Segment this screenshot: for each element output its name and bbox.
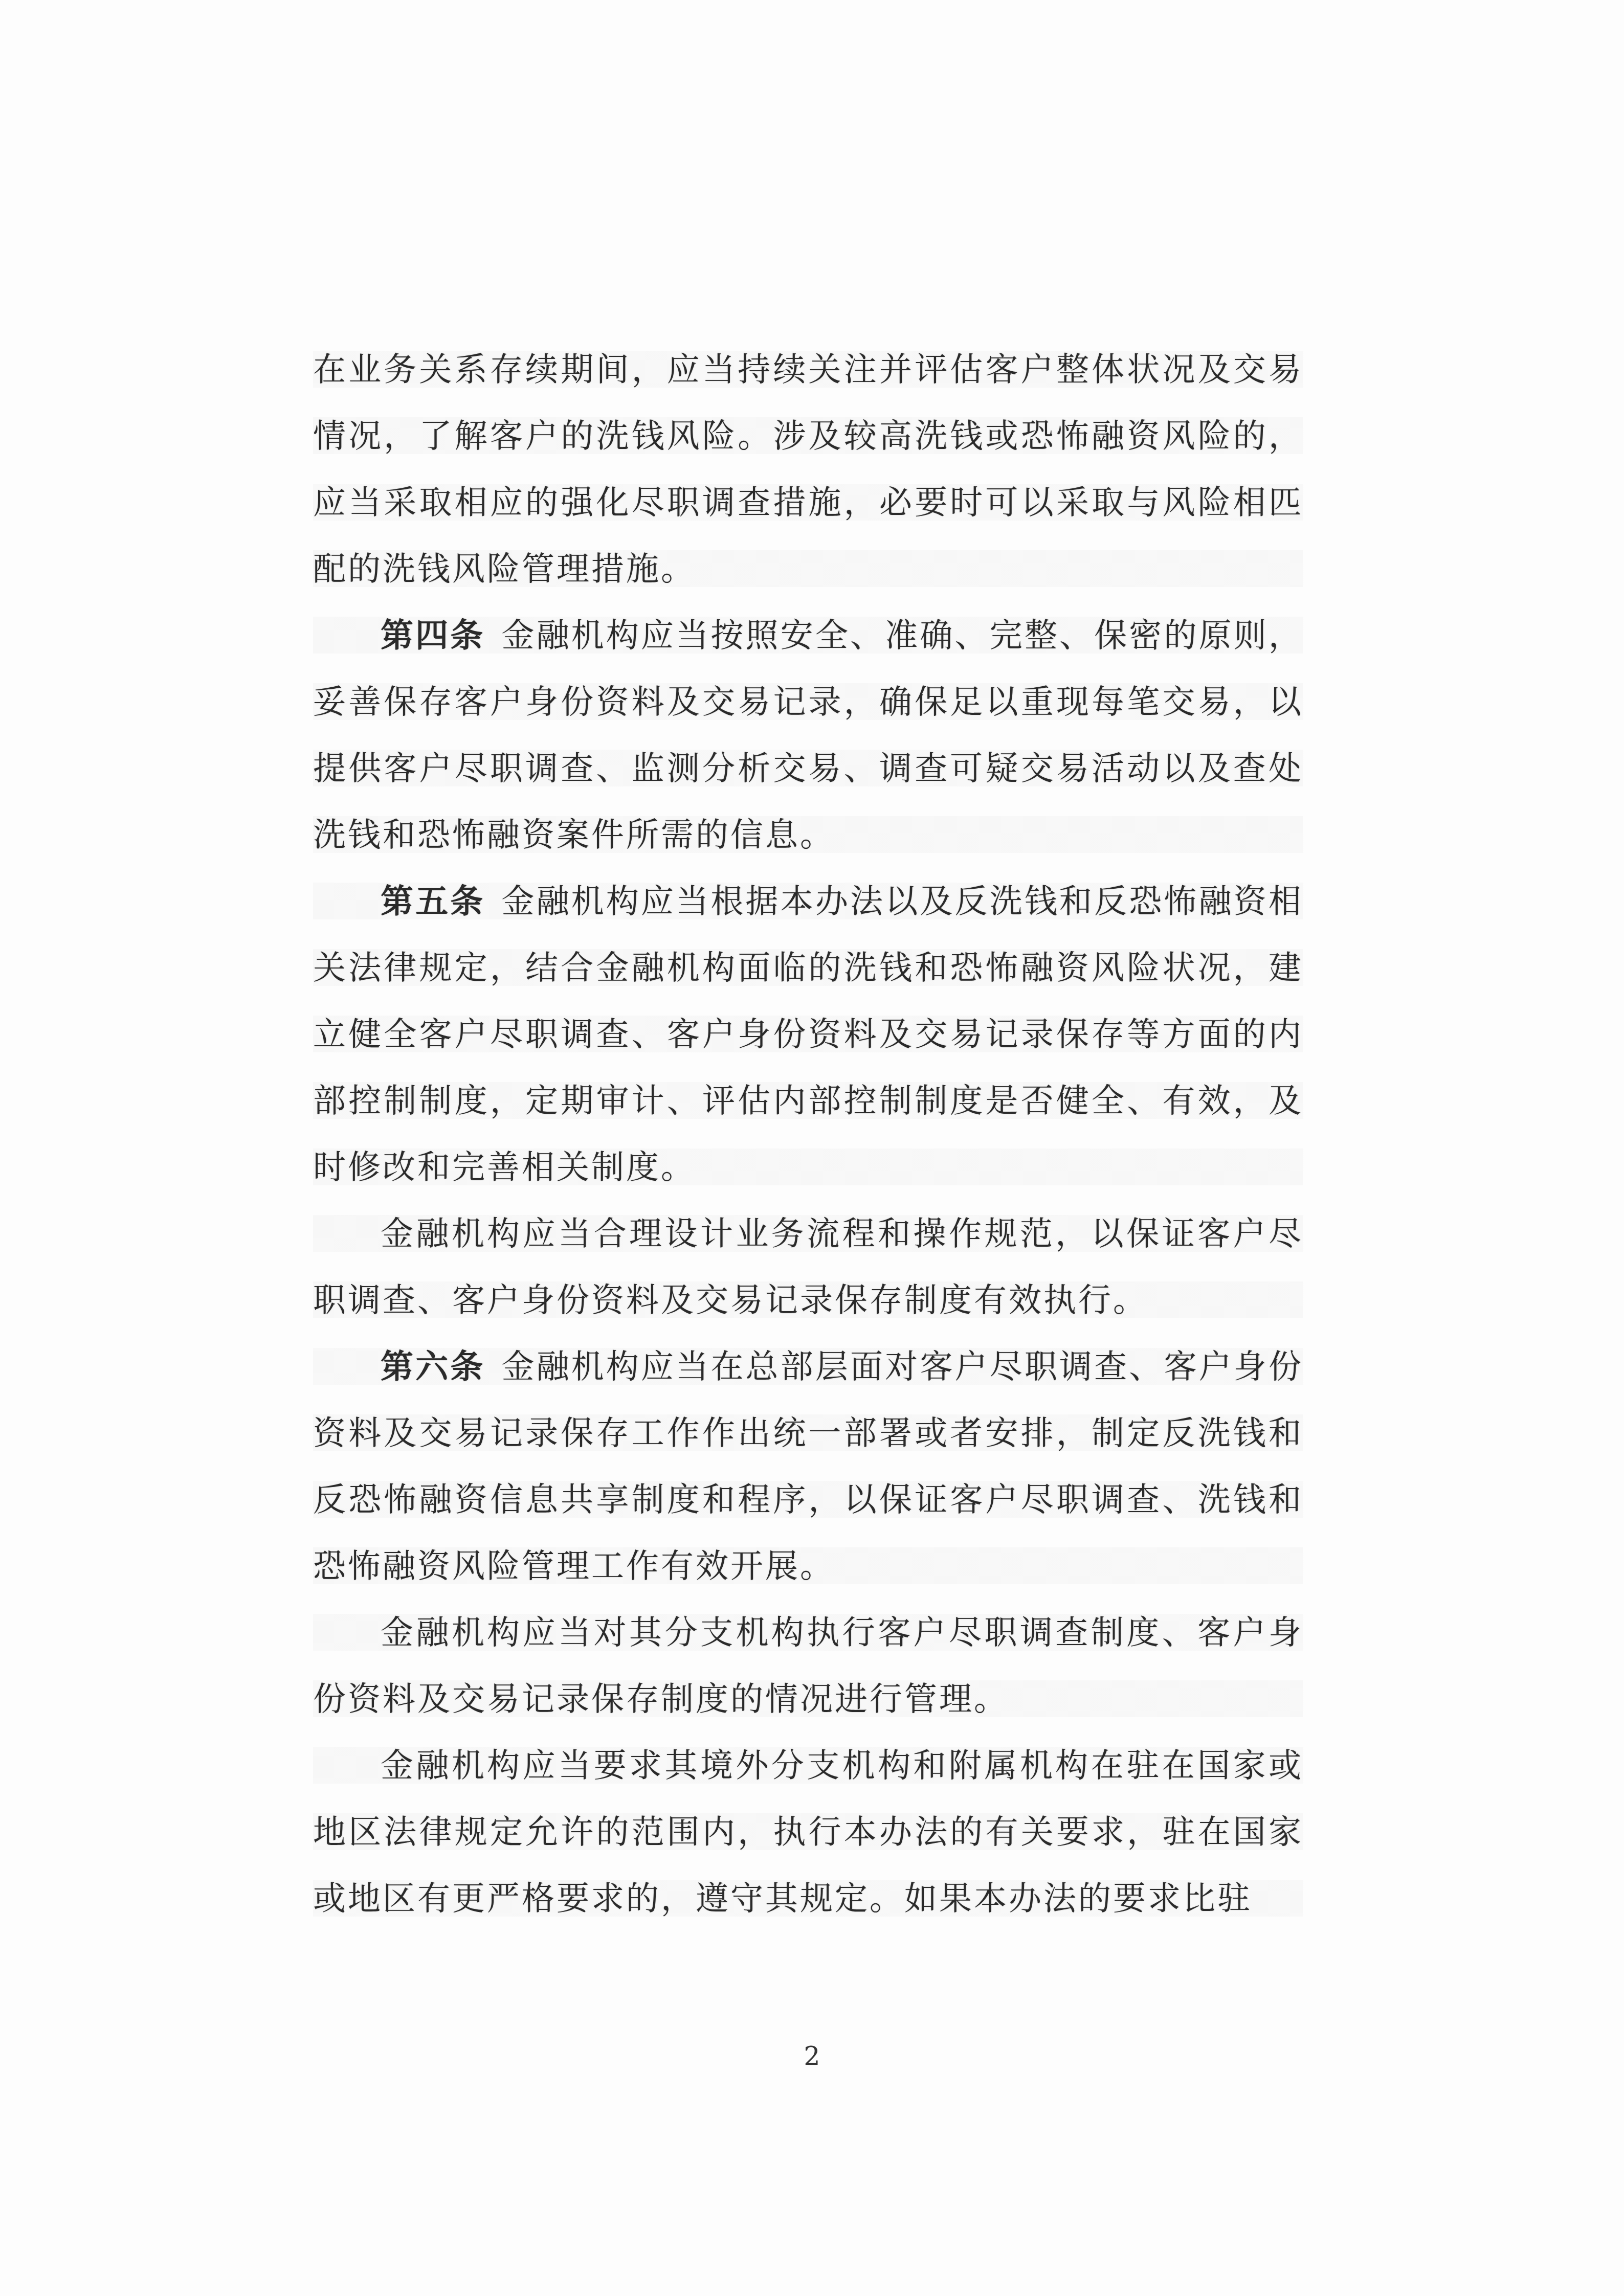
page-footer: 2 xyxy=(0,2041,1624,2071)
paragraph: 金融机构应当合理设计业务流程和操作规范，以保证客户尽职调查、客户身份资料及交易记… xyxy=(313,1201,1303,1334)
article-label: 第六条 xyxy=(381,1347,485,1386)
paragraph: 金融机构应当对其分支机构执行客户尽职调查制度、客户身份资料及交易记录保存制度的情… xyxy=(313,1600,1303,1732)
paragraph: 第六条金融机构应当在总部层面对客户尽职调查、客户身份资料及交易记录保存工作作出统… xyxy=(313,1334,1303,1600)
paragraph-text: 在业务关系存续期间，应当持续关注并评估客户整体状况及交易情况，了解客户的洗钱风险… xyxy=(313,351,1303,588)
paragraph-text: 金融机构应当根据本办法以及反洗钱和反恐怖融资相关法律规定，结合金融机构面临的洗钱… xyxy=(313,883,1303,1186)
paragraph: 第四条金融机构应当按照安全、准确、完整、保密的原则，妥善保存客户身份资料及交易记… xyxy=(313,602,1303,868)
document-body: 在业务关系存续期间，应当持续关注并评估客户整体状况及交易情况，了解客户的洗钱风险… xyxy=(313,336,1303,1932)
paragraph-text: 金融机构应当对其分支机构执行客户尽职调查制度、客户身份资料及交易记录保存制度的情… xyxy=(313,1614,1303,1718)
page-number: 2 xyxy=(804,2041,820,2071)
article-label: 第五条 xyxy=(381,882,485,920)
article-label: 第四条 xyxy=(381,616,485,655)
document-page: 在业务关系存续期间，应当持续关注并评估客户整体状况及交易情况，了解客户的洗钱风险… xyxy=(0,0,1624,2296)
paragraph: 第五条金融机构应当根据本办法以及反洗钱和反恐怖融资相关法律规定，结合金融机构面临… xyxy=(313,868,1303,1201)
paragraph-text: 金融机构应当要求其境外分支机构和附属机构在驻在国家或地区法律规定允许的范围内，执… xyxy=(313,1747,1303,1918)
paragraph-text: 金融机构应当合理设计业务流程和操作规范，以保证客户尽职调查、客户身份资料及交易记… xyxy=(313,1215,1303,1319)
paragraph: 在业务关系存续期间，应当持续关注并评估客户整体状况及交易情况，了解客户的洗钱风险… xyxy=(313,336,1303,602)
paragraph: 金融机构应当要求其境外分支机构和附属机构在驻在国家或地区法律规定允许的范围内，执… xyxy=(313,1732,1303,1932)
